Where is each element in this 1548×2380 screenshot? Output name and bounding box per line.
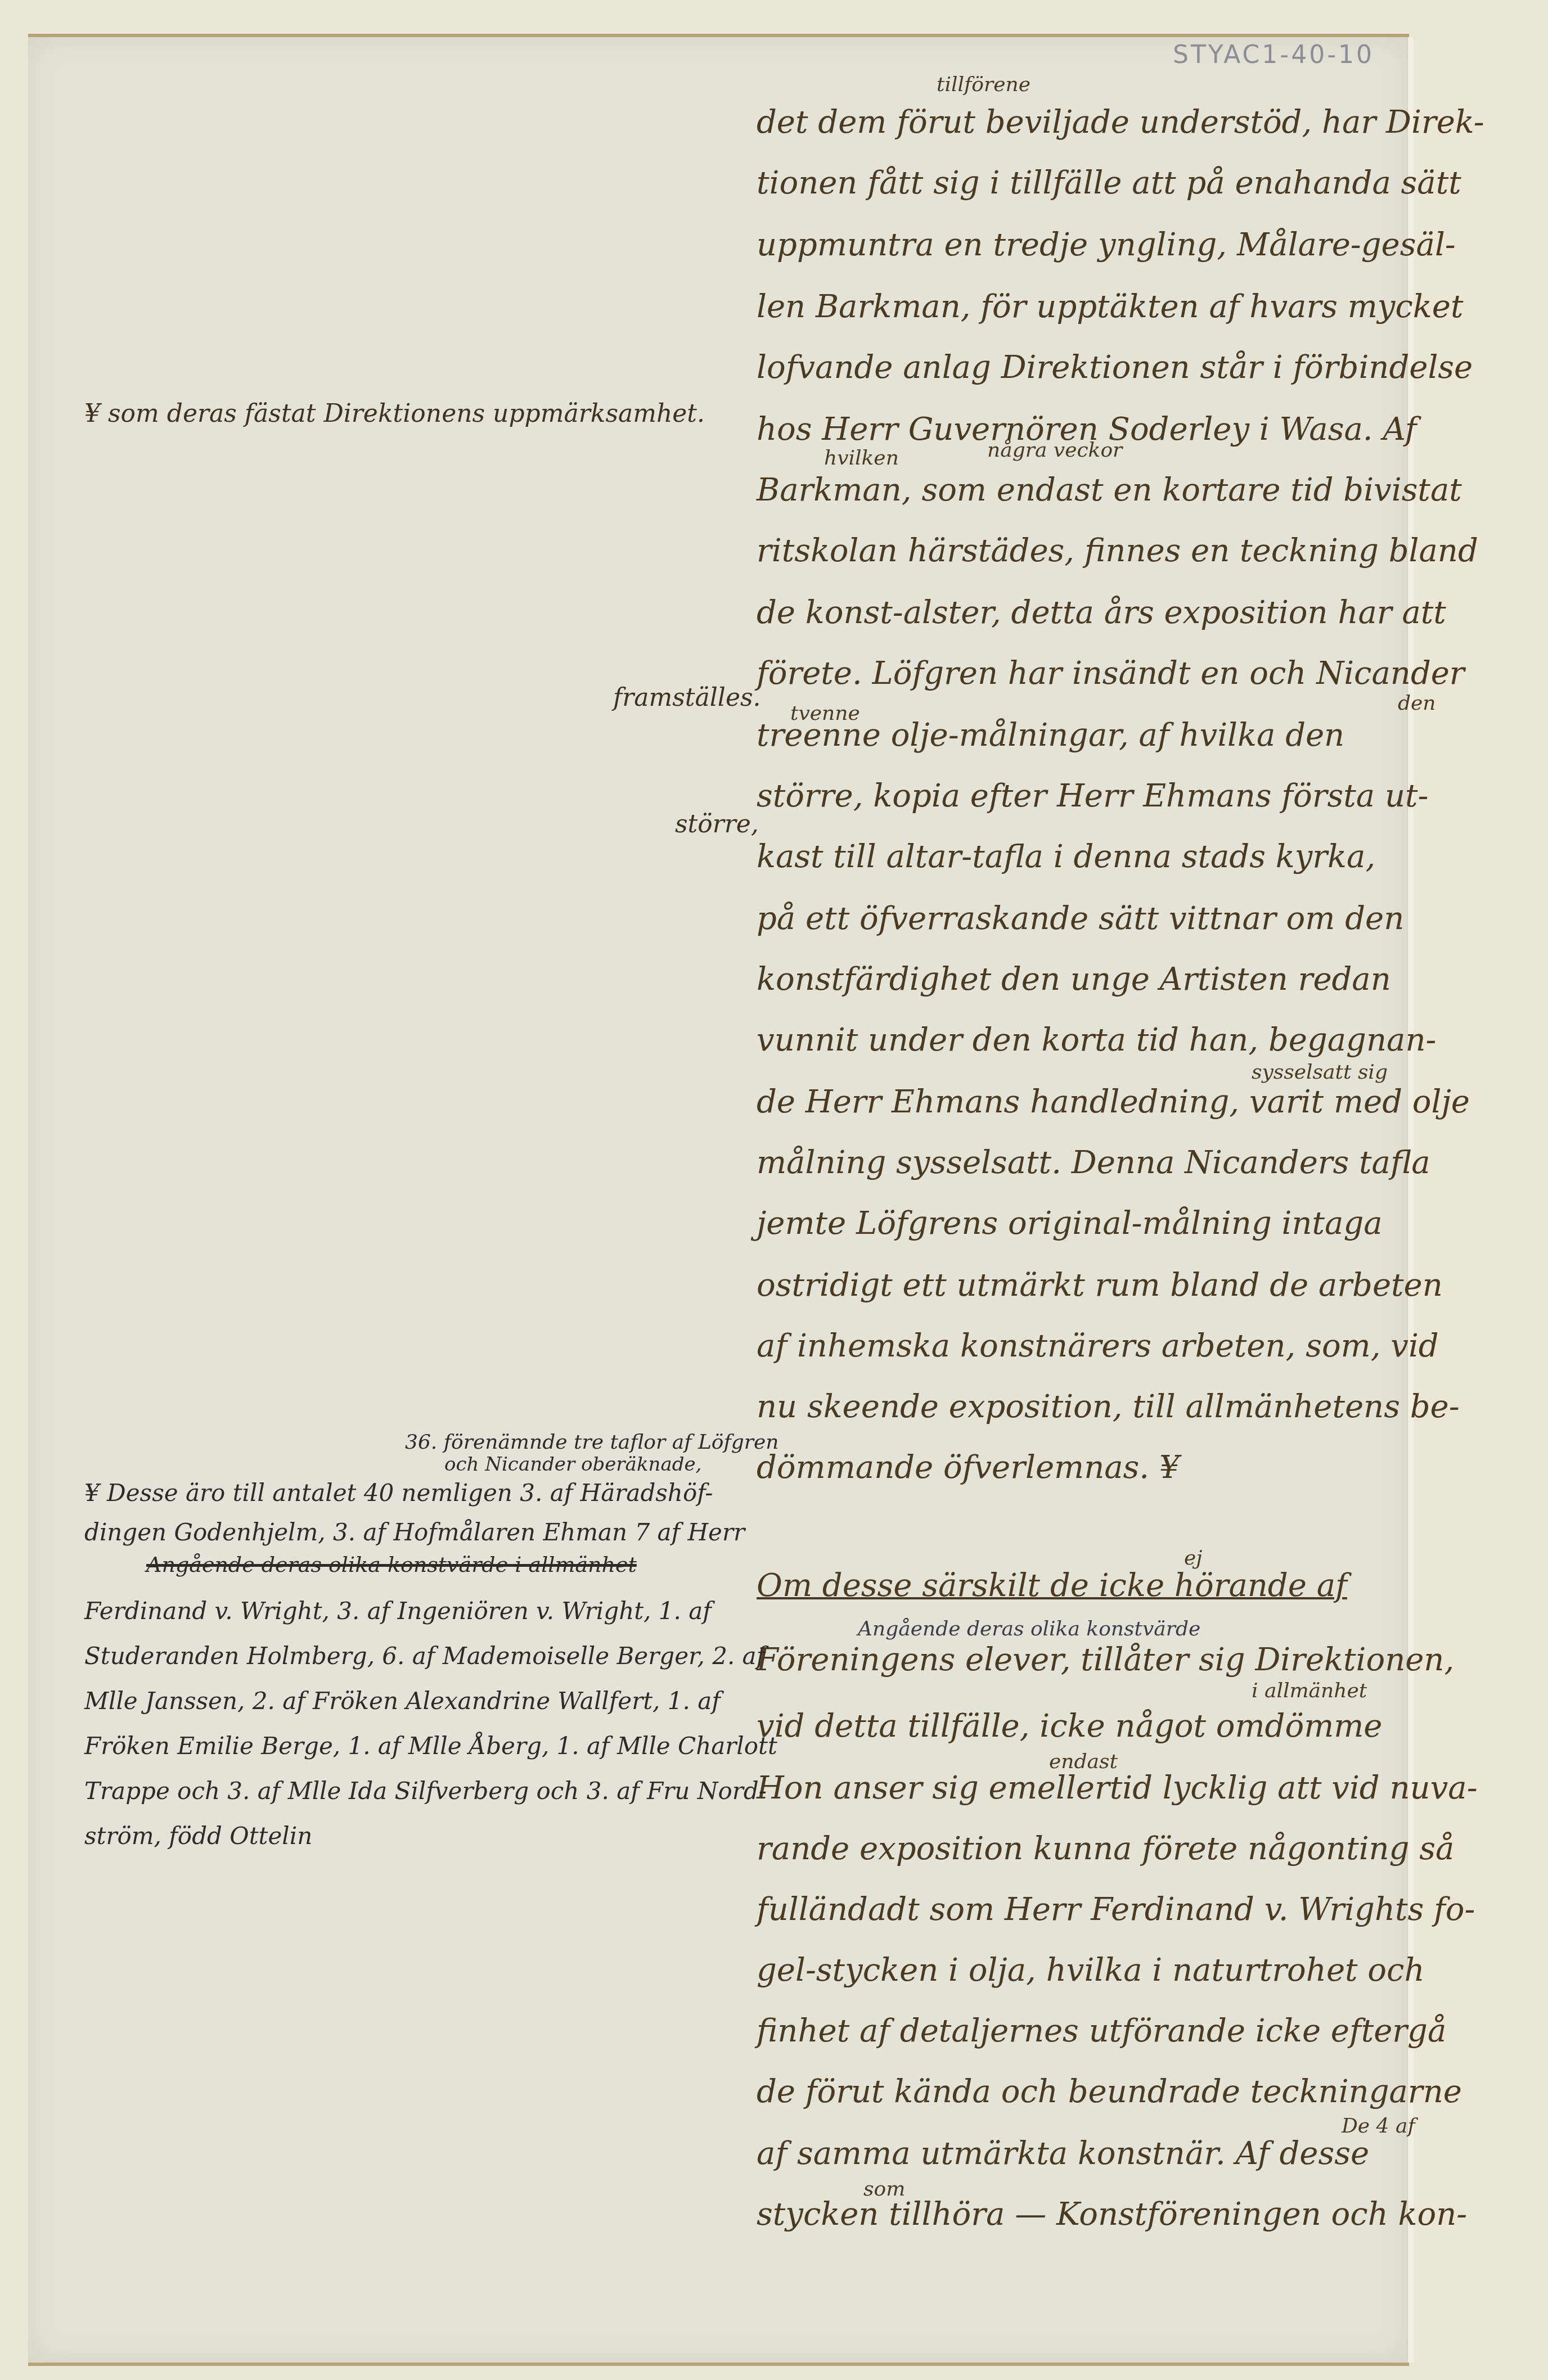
insertion-den: den xyxy=(1398,692,1436,715)
main-line-20: ostridigt ett utmärkt rum bland de arbet… xyxy=(757,1270,1443,1301)
main-line-8: ritskolan härstädes, finnes en teckning … xyxy=(757,535,1478,567)
main-line-30: gel-stycken i olja, hvilka i naturtrohet… xyxy=(757,1955,1424,1986)
main-line-34: stycken tillhöra — Konstföreningen och k… xyxy=(757,2199,1467,2230)
margin-block-line-4: Ferdinand v. Wright, 3. af Ingeniören v.… xyxy=(84,1597,712,1625)
insertion-angaende: Angående deras olika konstvärde xyxy=(858,1617,1200,1640)
main-line-5: lofvande anlag Direktionen står i förbin… xyxy=(757,352,1473,384)
margin-block-insertion-2: och Nicander oberäknade, xyxy=(444,1453,701,1476)
main-line-23: dömmande öfverlemnas. ¥ xyxy=(757,1452,1180,1484)
margin-block-line-8: Trappe och 3. af Mlle Ida Silfverberg oc… xyxy=(84,1777,767,1805)
main-line-2: tionen fått sig i tillfälle att på enaha… xyxy=(757,168,1461,199)
main-line-1: det dem förut beviljade understöd, har D… xyxy=(757,107,1484,138)
main-line-18: målning sysselsatt. Denna Nicanders tafl… xyxy=(757,1147,1430,1179)
main-line-11: treenne olje-målningar, af hvilka den xyxy=(757,720,1344,751)
main-line-31: finhet af detaljernes utförande icke eft… xyxy=(757,2016,1446,2047)
margin-block-line-2: dingen Godenhjelm, 3. af Hofmålaren Ehma… xyxy=(84,1518,745,1546)
main-line-10: förete. Löfgren har insändt en och Nican… xyxy=(757,658,1465,689)
main-line-25: Föreningens elever, tillåter sig Direkti… xyxy=(757,1644,1454,1676)
margin-block-line-9: ström, född Ottelin xyxy=(84,1822,312,1850)
main-line-14: på ett öfverraskande sätt vittnar om den xyxy=(757,903,1404,935)
main-line-4: len Barkman, för upptäkten af hvars myck… xyxy=(757,291,1463,323)
insertion-nagra-veckor: några veckor xyxy=(987,439,1122,462)
margin-block-insertion-1: 36. förenämnde tre taflor af Löfgren xyxy=(405,1431,779,1454)
main-line-24: Om desse särskilt de icke hörande af xyxy=(757,1570,1347,1602)
main-line-33: af samma utmärkta konstnär. Af desse xyxy=(757,2138,1369,2170)
main-line-32: de förut kända och beundrade teckningarn… xyxy=(757,2076,1462,2108)
margin-block-line-1: ¥ Desse äro till antalet 40 nemligen 3. … xyxy=(84,1479,713,1507)
main-line-16: vunnit under den korta tid han, begagnan… xyxy=(757,1025,1436,1056)
main-line-13: kast till altar-tafla i denna stads kyrk… xyxy=(757,841,1375,873)
main-line-7: Barkman, som endast en kortare tid bivis… xyxy=(757,475,1462,506)
main-line-28: rande exposition kunna förete någonting … xyxy=(757,1833,1454,1865)
main-line-22: nu skeende exposition, till allmänhetens… xyxy=(757,1391,1460,1423)
main-line-17: de Herr Ehmans handledning, varit med ol… xyxy=(757,1087,1470,1118)
main-line-3: uppmuntra en tredje yngling, Målare-gesä… xyxy=(757,229,1456,261)
margin-note-1: ¥ som deras fästat Direktionens uppmärks… xyxy=(84,399,705,428)
margin-block-line-6: Mlle Janssen, 2. af Fröken Alexandrine W… xyxy=(84,1687,721,1715)
main-line-26: vid detta tillfälle, icke något omdömme xyxy=(757,1711,1382,1742)
insertion-hvilken: hvilken xyxy=(824,447,899,470)
margin-block-line-7: Fröken Emilie Berge, 1. af Mlle Åberg, 1… xyxy=(84,1732,777,1760)
main-line-15: konstfärdighet den unge Artisten redan xyxy=(757,964,1391,995)
main-line-21: af inhemska konstnärers arbeten, som, vi… xyxy=(757,1331,1439,1362)
insertion-above-line: tillförene xyxy=(937,73,1030,96)
margin-block-line-5: Studeranden Holmberg, 6. af Mademoiselle… xyxy=(84,1642,765,1670)
margin-note-2: framställes. xyxy=(613,683,761,712)
main-line-12: större, kopia efter Herr Ehmans första u… xyxy=(757,781,1428,812)
margin-note-3: större, xyxy=(675,810,759,839)
main-line-27: Hon anser sig emellertid lycklig att vid… xyxy=(757,1773,1478,1804)
insertion-ej: ej xyxy=(1184,1547,1202,1570)
shelfmark-label: STYAC1-40-10 xyxy=(1173,40,1374,69)
main-line-9: de konst-alster, detta års exposition ha… xyxy=(757,597,1446,629)
insertion-de-4-af: De 4 af xyxy=(1342,2115,1415,2138)
main-line-29: fulländadt som Herr Ferdinand v. Wrights… xyxy=(757,1894,1475,1926)
insertion-sysselsatt-sig: sysselsatt sig xyxy=(1252,1061,1388,1084)
main-line-19: jemte Löfgrens original-målning intaga xyxy=(757,1208,1383,1239)
insertion-i-allmanhet: i allmänhet xyxy=(1252,1679,1367,1702)
margin-block-line-3-deleted: Angående deras olika konstvärde i allmän… xyxy=(146,1552,637,1577)
